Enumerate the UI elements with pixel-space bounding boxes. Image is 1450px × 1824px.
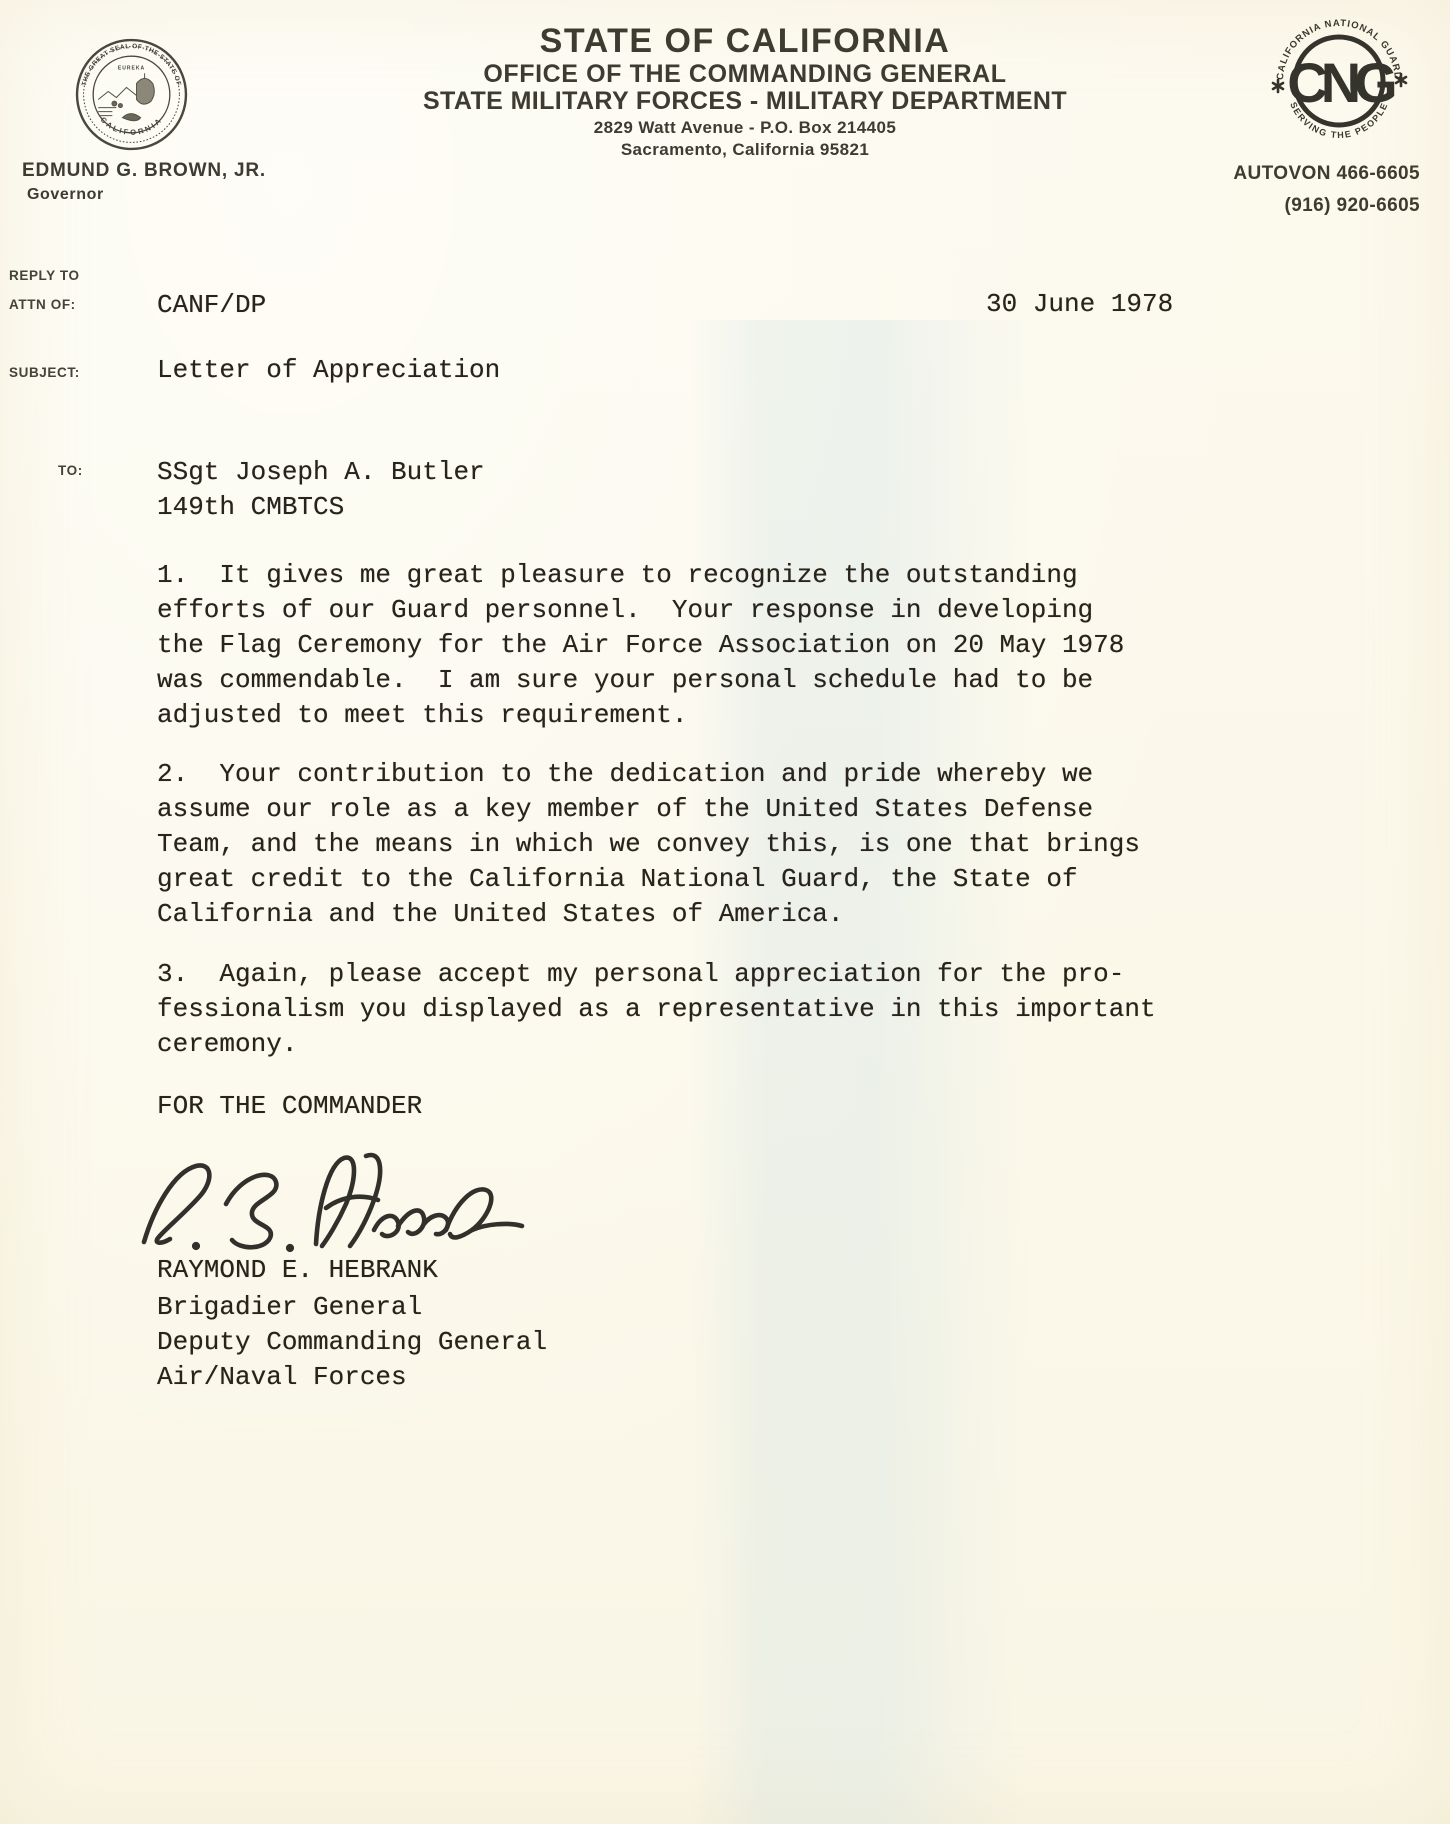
seal-scene (98, 73, 154, 120)
subject-value: Letter of Appreciation (157, 353, 500, 388)
letterhead-office: OFFICE OF THE COMMANDING GENERAL (340, 60, 1150, 89)
body-paragraph-1: 1. It gives me great pleasure to recogni… (157, 558, 1124, 733)
governor-title: Governor (27, 186, 104, 204)
subject-label: SUBJECT: (9, 365, 80, 380)
letterhead-address: 2829 Watt Avenue - P.O. Box 214405 (340, 118, 1150, 138)
letter-date: 30 June 1978 (986, 287, 1173, 322)
signer-rank: Brigadier General (157, 1290, 422, 1325)
body-paragraph-3: 3. Again, please accept my personal appr… (157, 957, 1156, 1062)
reply-value: CANF/DP (157, 288, 266, 323)
governor-name: EDMUND G. BROWN, JR. (22, 160, 266, 182)
reply-to-label: REPLY TO (9, 268, 80, 283)
letterhead-city: Sacramento, California 95821 (340, 140, 1150, 160)
california-state-seal: THE GREAT SEAL OF THE STATE OF CALIFORNI… (74, 37, 190, 153)
cng-logo: CALIFORNIA NATIONAL GUARD SERVING THE PE… (1266, 14, 1416, 154)
signer-name: RAYMOND E. HEBRANK (157, 1253, 438, 1288)
letter-page: THE GREAT SEAL OF THE STATE OF CALIFORNI… (0, 0, 1450, 1824)
body-paragraph-2: 2. Your contribution to the dedication a… (157, 757, 1140, 932)
seal-motto-text: EUREKA (118, 65, 145, 71)
phone-number: (916) 920-6605 (1080, 195, 1420, 217)
scan-artifact-band (690, 320, 1030, 1824)
cng-monogram: CNG (1287, 51, 1395, 114)
letterhead-department: STATE MILITARY FORCES - MILITARY DEPARTM… (340, 87, 1150, 116)
signer-title: Deputy Commanding General (157, 1325, 547, 1360)
letterhead-title: STATE OF CALIFORNIA (340, 22, 1150, 61)
attn-of-label: ATTN OF: (9, 297, 76, 312)
to-label: TO: (58, 463, 83, 478)
autovon-number: AUTOVON 466-6605 (1080, 163, 1420, 185)
signer-org: Air/Naval Forces (157, 1360, 407, 1395)
to-value: SSgt Joseph A. Butler 149th CMBTCS (157, 455, 485, 525)
closing-line: FOR THE COMMANDER (157, 1089, 422, 1124)
signature-handwritten (130, 1146, 530, 1264)
